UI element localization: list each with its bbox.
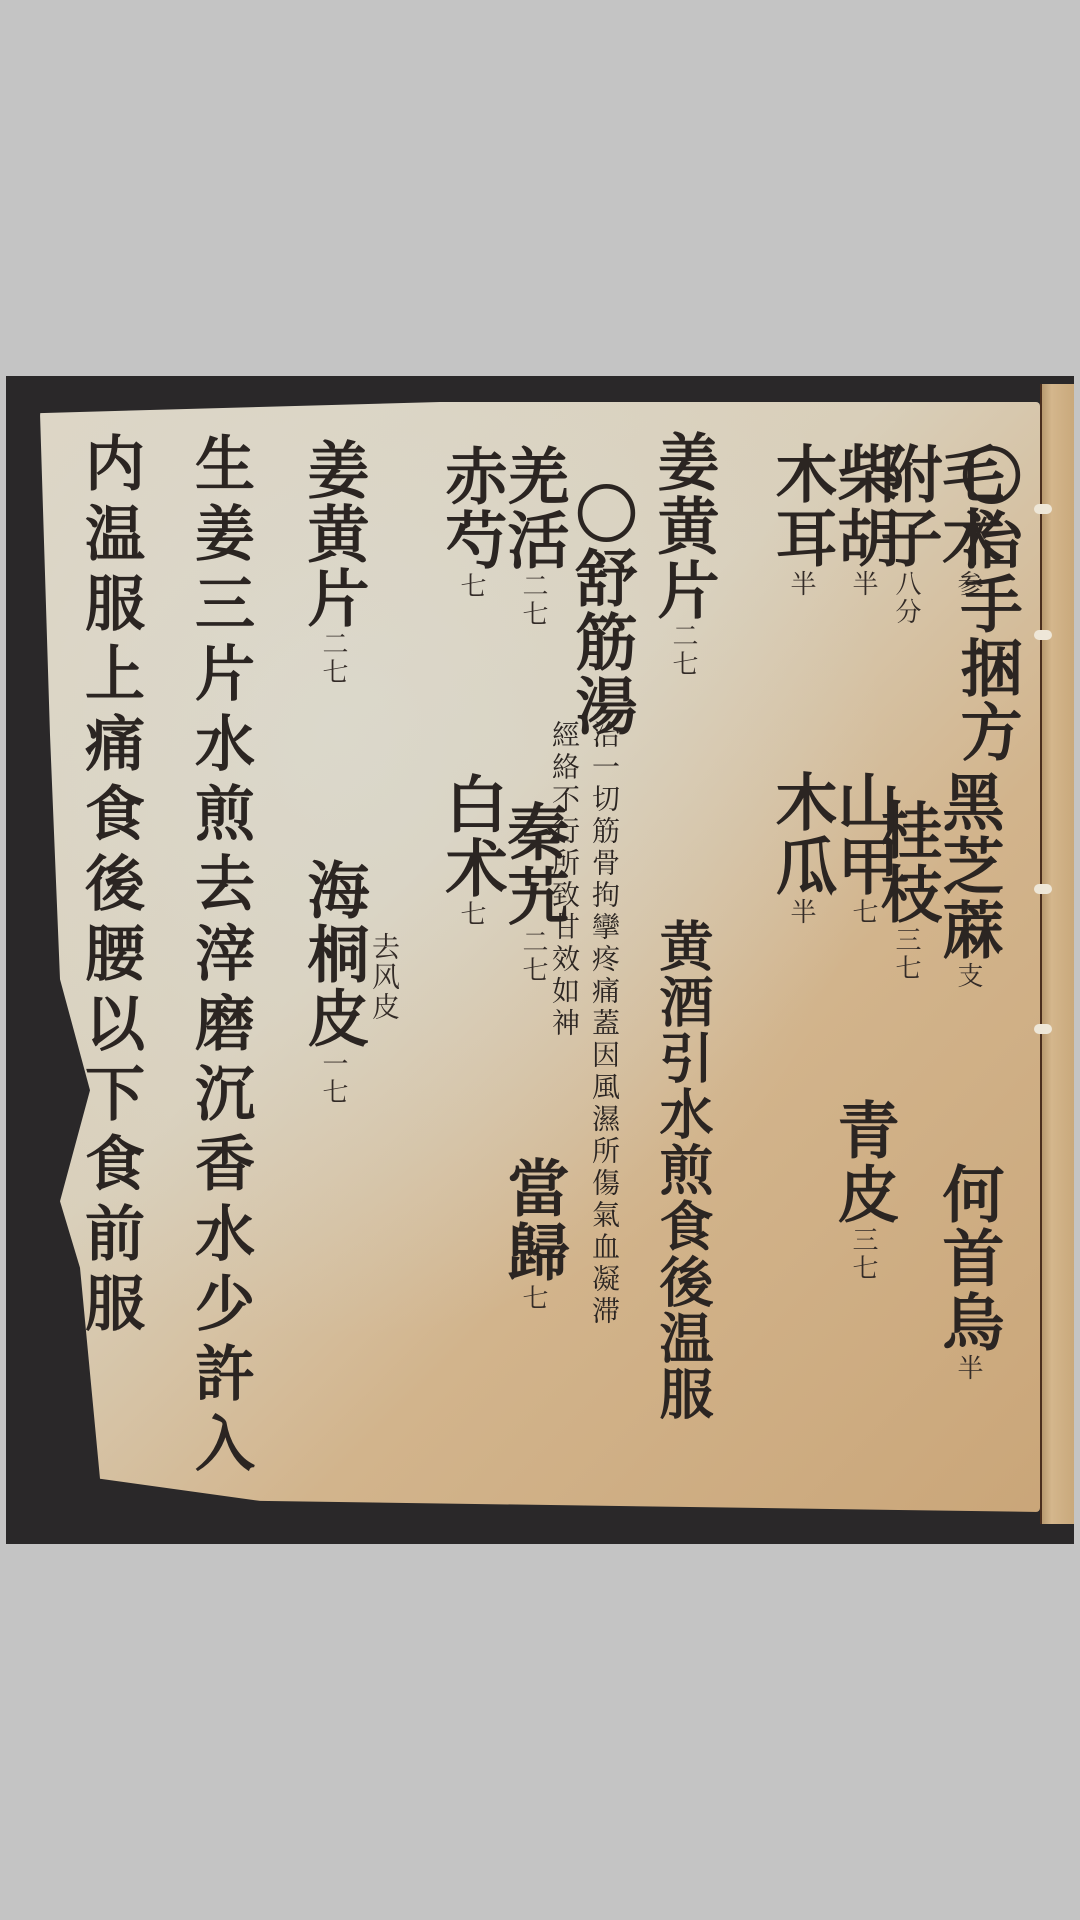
ingredient-name: 秦艽	[502, 800, 564, 928]
ingredient-name: 白术	[440, 772, 502, 900]
ingredient-dose: 七	[518, 1284, 548, 1312]
ingredient-name: 毛术	[937, 442, 999, 570]
ingredient-name: 木耳	[770, 442, 832, 570]
preparation-instruction: 黄酒引水煎食後温服	[656, 918, 710, 1422]
formula-note-1: 治一切筋骨拘攣疼痛蓋因風濕所傷氣血凝滞	[590, 720, 618, 1328]
ingredient-dose: 半	[953, 1354, 983, 1382]
ingredient-dose: 一七	[318, 1050, 348, 1106]
instruction-text: 内温服上痛食後腰以下食前服	[75, 432, 145, 1342]
scan-background: 〇治手捆方 毛术参 黑芝蔴支 何首烏半 附子八分 桂枝三七 柴胡半 山甲七 青皮…	[6, 376, 1074, 1544]
instruction-column-9: 内温服上痛食後腰以下食前服	[80, 432, 140, 1342]
ingredient-name: 當歸	[502, 1156, 564, 1284]
ingredient-column-6: 羌活二七 秦艽二七 當歸七 赤芍七 白术七	[440, 444, 564, 1512]
ingredient-dose: 七	[456, 900, 486, 928]
ingredient-name: 羌活	[502, 444, 564, 572]
formula-name: 〇舒筋湯	[565, 482, 638, 738]
ingredient-dose: 二七	[318, 630, 348, 686]
binding-stitch	[1034, 884, 1052, 894]
ingredient-dose: 半	[848, 570, 878, 598]
ingredient-dose: 二七	[518, 572, 548, 628]
ingredient-column-4: 姜黄片二七 黄酒引水煎食後温服	[652, 430, 714, 1422]
ingredient-column-7: 姜黄片二七 海桐皮一七	[302, 438, 364, 1106]
ingredient-name: 山甲	[832, 770, 894, 898]
ingredient-name: 何首烏	[937, 1162, 999, 1354]
ingredient-dose: 半	[786, 570, 816, 598]
ingredient-name: 木瓜	[770, 770, 832, 898]
binding-stitch	[1034, 504, 1052, 514]
ingredient-dose: 参	[953, 570, 983, 598]
book-binding-strip	[1040, 384, 1074, 1524]
ingredient-dose: 二七	[518, 928, 548, 984]
ingredient-dose: 七	[456, 572, 486, 600]
instruction-text: 生姜三片水煎去滓磨沉香水少許入	[185, 432, 255, 1482]
ingredient-name: 黑芝蔴	[937, 770, 999, 962]
binding-stitch	[1034, 1024, 1052, 1034]
annotation-text: 去风皮	[368, 932, 401, 1022]
binding-stitch	[1034, 630, 1052, 640]
formula-title: 〇舒筋湯	[570, 482, 632, 738]
manuscript-page: 〇治手捆方 毛术参 黑芝蔴支 何首烏半 附子八分 桂枝三七 柴胡半 山甲七 青皮…	[40, 402, 1040, 1512]
instruction-column-8: 生姜三片水煎去滓磨沉香水少許入	[190, 432, 250, 1482]
ingredient-name: 青皮	[832, 1098, 894, 1226]
ingredient-name: 柴胡	[832, 442, 894, 570]
ingredient-dose: 半	[786, 898, 816, 926]
ingredient-dose: 三七	[848, 1226, 878, 1282]
ingredient-dose: 支	[953, 962, 983, 990]
ingredient-name: 姜黄片	[302, 438, 364, 630]
ingredient-column-3: 柴胡半 山甲七 青皮三七 木耳半 木瓜半	[770, 442, 894, 1512]
annotation-note: 去风皮	[370, 932, 398, 1022]
ingredient-name: 姜黄片	[652, 430, 714, 622]
ingredient-name: 赤芍	[440, 444, 502, 572]
ingredient-name: 海桐皮	[302, 858, 364, 1050]
note-text: 治一切筋骨拘攣疼痛蓋因風濕所傷氣血凝滞	[588, 720, 621, 1328]
ingredient-dose: 二七	[668, 622, 698, 678]
ingredient-dose: 七	[848, 898, 878, 926]
